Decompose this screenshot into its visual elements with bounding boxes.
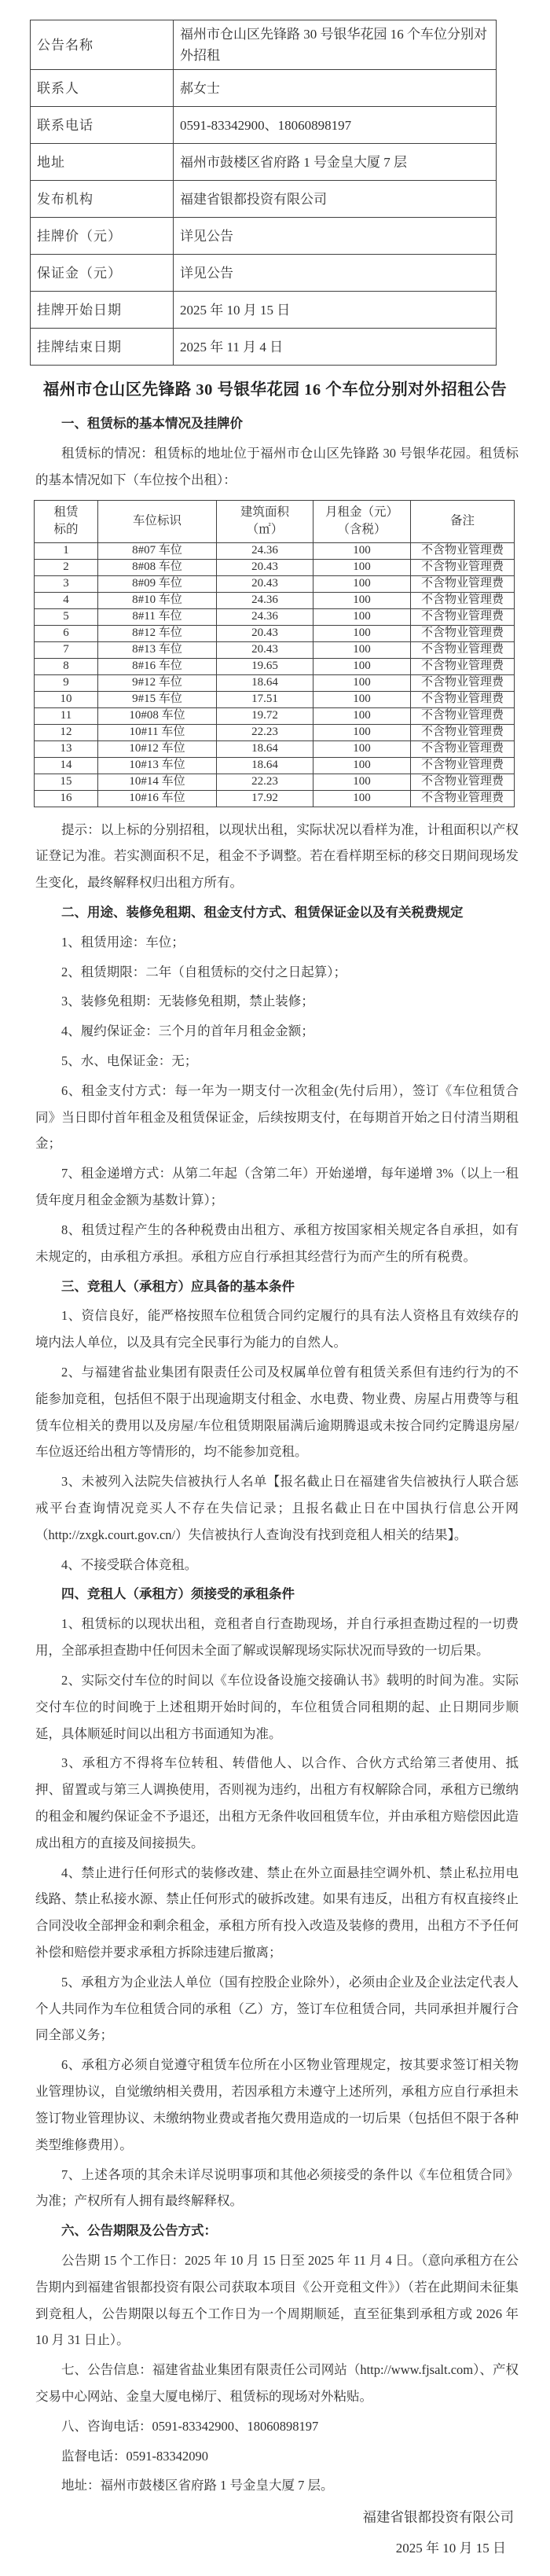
cell-rent: 100 xyxy=(313,575,411,592)
parking-table-row: 8 8#16 车位 19.65 100 不含物业管理费 xyxy=(35,658,515,674)
parking-table-row: 15 10#14 车位 22.23 100 不含物业管理费 xyxy=(35,774,515,790)
cell-space-id: 10#08 车位 xyxy=(98,707,217,724)
cell-lot-number: 3 xyxy=(35,575,98,592)
parking-table-row: 1 8#07 车位 24.36 100 不含物业管理费 xyxy=(35,542,515,559)
doc-paragraph: 监督电话：0591-83342090 xyxy=(35,2443,519,2470)
cell-area: 24.36 xyxy=(217,608,313,625)
doc-paragraph: 4、禁止进行任何形式的装修改建、禁止在外立面悬挂空调外机、禁止私拉用电线路、禁止… xyxy=(35,1860,519,1966)
doc-paragraph: 7、上述各项的其余未详尽说明事项和其他必须接受的条件以《车位租赁合同》为准；产权… xyxy=(35,2162,519,2215)
doc-paragraph: 1、租赁用途：车位； xyxy=(35,929,519,956)
info-row-value: 2025 年 11 月 4 日 xyxy=(174,329,497,366)
cell-area: 20.43 xyxy=(217,625,313,641)
cell-lot-number: 7 xyxy=(35,641,98,658)
doc-paragraph: 4、不接受联合体竞租。 xyxy=(35,1552,519,1578)
cell-rent: 100 xyxy=(313,608,411,625)
cell-note: 不含物业管理费 xyxy=(411,658,515,674)
signature-company: 福建省银都投资有限公司 xyxy=(363,2501,515,2533)
cell-area: 22.23 xyxy=(217,724,313,740)
info-row-label: 挂牌开始日期 xyxy=(31,292,174,329)
parking-table-row: 5 8#11 车位 24.36 100 不含物业管理费 xyxy=(35,608,515,625)
cell-rent: 100 xyxy=(313,774,411,790)
doc-paragraph: 1、资信良好，能严格按照车位租赁合同约定履行的具有法人资格且有效续存的境内法人单… xyxy=(35,1303,519,1356)
parking-table-row: 3 8#09 车位 20.43 100 不含物业管理费 xyxy=(35,575,515,592)
cell-lot-number: 8 xyxy=(35,658,98,674)
cell-rent: 100 xyxy=(313,658,411,674)
cell-note: 不含物业管理费 xyxy=(411,691,515,707)
info-table-row: 联系电话 0591-83342900、18060898197 xyxy=(31,107,497,144)
info-row-value: 郝女士 xyxy=(174,70,497,107)
cell-space-id: 10#14 车位 xyxy=(98,774,217,790)
cell-space-id: 8#13 车位 xyxy=(98,641,217,658)
announcement-info-table: 公告名称 福州市仓山区先锋路 30 号银华花园 16 个车位分别对外招租 联系人… xyxy=(30,20,497,366)
cell-space-id: 8#10 车位 xyxy=(98,592,217,608)
info-table-row: 挂牌价（元） 详见公告 xyxy=(31,218,497,255)
cell-note: 不含物业管理费 xyxy=(411,575,515,592)
cell-area: 20.43 xyxy=(217,575,313,592)
cell-area: 18.64 xyxy=(217,740,313,757)
cell-rent: 100 xyxy=(313,592,411,608)
signature-date: 2025 年 10 月 15 日 xyxy=(363,2533,507,2563)
cell-rent: 100 xyxy=(313,674,411,691)
cell-space-id: 9#12 车位 xyxy=(98,674,217,691)
cell-note: 不含物业管理费 xyxy=(411,740,515,757)
doc-paragraph: 7、租金递增方式：从第二年起（含第二年）开始递增，每年递增 3%（以上一租赁年度… xyxy=(35,1160,519,1214)
info-row-label: 联系电话 xyxy=(31,107,174,144)
parking-table-header-row: 租赁 标的 车位标识 建筑面积 （㎡） 月租金（元） （含税） 备注 xyxy=(35,500,515,542)
cell-space-id: 8#11 车位 xyxy=(98,608,217,625)
cell-lot-number: 12 xyxy=(35,724,98,740)
cell-space-id: 8#07 车位 xyxy=(98,542,217,559)
cell-rent: 100 xyxy=(313,790,411,807)
cell-note: 不含物业管理费 xyxy=(411,757,515,774)
doc-paragraph: 5、水、电保证金：无； xyxy=(35,1048,519,1075)
cell-area: 17.51 xyxy=(217,691,313,707)
cell-space-id: 10#16 车位 xyxy=(98,790,217,807)
cell-note: 不含物业管理费 xyxy=(411,790,515,807)
parking-table-row: 9 9#12 车位 18.64 100 不含物业管理费 xyxy=(35,674,515,691)
cell-rent: 100 xyxy=(313,641,411,658)
cell-area: 18.64 xyxy=(217,674,313,691)
doc-paragraph: 三、竞租人（承租方）应具备的基本条件 xyxy=(35,1273,519,1300)
doc-paragraph: 6、承租方必须自觉遵守租赁车位所在小区物业管理规定，按其要求签订相关物业管理协议… xyxy=(35,2052,519,2158)
cell-area: 17.92 xyxy=(217,790,313,807)
info-row-value: 0591-83342900、18060898197 xyxy=(174,107,497,144)
header-area: 建筑面积 （㎡） xyxy=(217,500,313,542)
info-table-row: 公告名称 福州市仓山区先锋路 30 号银华花园 16 个车位分别对外招租 xyxy=(31,20,497,70)
info-row-value: 福建省银都投资有限公司 xyxy=(174,181,497,218)
parking-table-row: 11 10#08 车位 19.72 100 不含物业管理费 xyxy=(35,707,515,724)
cell-lot-number: 1 xyxy=(35,542,98,559)
cell-lot-number: 14 xyxy=(35,757,98,774)
info-row-value: 2025 年 10 月 15 日 xyxy=(174,292,497,329)
info-row-label: 发布机构 xyxy=(31,181,174,218)
cell-lot-number: 2 xyxy=(35,559,98,575)
info-row-label: 公告名称 xyxy=(31,20,174,70)
cell-note: 不含物业管理费 xyxy=(411,559,515,575)
doc-paragraph: 2、与福建省盐业集团有限责任公司及权属单位曾有租赁关系但有违约行为的不能参加竞租… xyxy=(35,1359,519,1465)
info-row-value: 详见公告 xyxy=(174,255,497,292)
info-table-row: 挂牌开始日期 2025 年 10 月 15 日 xyxy=(31,292,497,329)
cell-note: 不含物业管理费 xyxy=(411,707,515,724)
cell-space-id: 8#08 车位 xyxy=(98,559,217,575)
cell-space-id: 8#09 车位 xyxy=(98,575,217,592)
doc-paragraph: 8、租赁过程产生的各种税费由出租方、承租方按国家相关规定各自承担，如有未规定的，… xyxy=(35,1217,519,1270)
header-space-id: 车位标识 xyxy=(98,500,217,542)
cell-space-id: 10#11 车位 xyxy=(98,724,217,740)
parking-table-row: 6 8#12 车位 20.43 100 不含物业管理费 xyxy=(35,625,515,641)
cell-rent: 100 xyxy=(313,691,411,707)
header-rent: 月租金（元） （含税） xyxy=(313,500,411,542)
cell-area: 19.65 xyxy=(217,658,313,674)
info-table-row: 地址 福州市鼓楼区省府路 1 号金皇大厦 7 层 xyxy=(31,144,497,181)
info-row-value: 福州市仓山区先锋路 30 号银华花园 16 个车位分别对外招租 xyxy=(174,20,497,70)
info-row-label: 保证金（元） xyxy=(31,255,174,292)
info-table-row: 挂牌结束日期 2025 年 11 月 4 日 xyxy=(31,329,497,366)
cell-note: 不含物业管理费 xyxy=(411,542,515,559)
cell-area: 19.72 xyxy=(217,707,313,724)
parking-spaces-table: 租赁 标的 车位标识 建筑面积 （㎡） 月租金（元） （含税） 备注 1 8#0… xyxy=(34,500,515,807)
cell-lot-number: 13 xyxy=(35,740,98,757)
cell-rent: 100 xyxy=(313,707,411,724)
cell-note: 不含物业管理费 xyxy=(411,674,515,691)
cell-rent: 100 xyxy=(313,724,411,740)
parking-table-head: 租赁 标的 车位标识 建筑面积 （㎡） 月租金（元） （含税） 备注 xyxy=(35,500,515,542)
parking-table-row: 4 8#10 车位 24.36 100 不含物业管理费 xyxy=(35,592,515,608)
doc-paragraph: 6、租金支付方式：每一年为一期支付一次租金(先付后用），签订《车位租赁合同》当日… xyxy=(35,1078,519,1157)
cell-rent: 100 xyxy=(313,625,411,641)
doc-paragraph: 2、实际交付车位的时间以《车位设备设施交接确认书》载明的时间为准。实际交付车位的… xyxy=(35,1667,519,1747)
signature-block: 福建省银都投资有限公司 2025 年 10 月 15 日 xyxy=(363,2501,515,2563)
cell-lot-number: 15 xyxy=(35,774,98,790)
doc-paragraph: 六、公告期限及公告方式： xyxy=(35,2218,519,2244)
parking-table-row: 7 8#13 车位 20.43 100 不含物业管理费 xyxy=(35,641,515,658)
doc-paragraph: 七、公告信息：福建省盐业集团有限责任公司网站（http://www.fjsalt… xyxy=(35,2357,519,2410)
parking-table-body: 1 8#07 车位 24.36 100 不含物业管理费 2 8#08 车位 20… xyxy=(35,542,515,807)
parking-table-row: 2 8#08 车位 20.43 100 不含物业管理费 xyxy=(35,559,515,575)
header-lot-number: 租赁 标的 xyxy=(35,500,98,542)
doc-paragraph: 3、承租方不得将车位转租、转借他人、以合作、合伙方式给第三者使用、抵押、留置或与… xyxy=(35,1750,519,1856)
cell-space-id: 8#12 车位 xyxy=(98,625,217,641)
parking-table-row: 12 10#11 车位 22.23 100 不含物业管理费 xyxy=(35,724,515,740)
cell-lot-number: 6 xyxy=(35,625,98,641)
cell-note: 不含物业管理费 xyxy=(411,641,515,658)
cell-note: 不含物业管理费 xyxy=(411,625,515,641)
cell-rent: 100 xyxy=(313,542,411,559)
cell-note: 不含物业管理费 xyxy=(411,608,515,625)
info-row-label: 联系人 xyxy=(31,70,174,107)
doc-paragraph: 3、装修免租期：无装修免租期，禁止装修； xyxy=(35,988,519,1015)
info-row-label: 挂牌价（元） xyxy=(31,218,174,255)
doc-paragraph: 4、履约保证金：三个月的首年月租金金额； xyxy=(35,1018,519,1045)
cell-lot-number: 10 xyxy=(35,691,98,707)
doc-paragraph: 1、租赁标的以现状出租，竞租者自行查勘现场，并自行承担查勘过程的一切费用，全部承… xyxy=(35,1611,519,1664)
cell-space-id: 10#13 车位 xyxy=(98,757,217,774)
parking-table-row: 14 10#13 车位 18.64 100 不含物业管理费 xyxy=(35,757,515,774)
cell-space-id: 10#12 车位 xyxy=(98,740,217,757)
doc-paragraph: 公告期 15 个工作日：2025 年 10 月 15 日至 2025 年 11 … xyxy=(35,2247,519,2354)
cell-area: 24.36 xyxy=(217,542,313,559)
cell-rent: 100 xyxy=(313,559,411,575)
cell-area: 24.36 xyxy=(217,592,313,608)
cell-space-id: 8#16 车位 xyxy=(98,658,217,674)
doc-paragraph: 地址：福州市鼓楼区省府路 1 号金皇大厦 7 层。 xyxy=(35,2472,519,2499)
cell-space-id: 9#15 车位 xyxy=(98,691,217,707)
cell-lot-number: 16 xyxy=(35,790,98,807)
document-paragraphs: 提示：以上标的分别招租，以现状出租，实际状况以看样为准，计租面积以产权证登记为准… xyxy=(35,817,519,2500)
parking-table-row: 16 10#16 车位 17.92 100 不含物业管理费 xyxy=(35,790,515,807)
info-table-body: 公告名称 福州市仓山区先锋路 30 号银华花园 16 个车位分别对外招租 联系人… xyxy=(31,20,497,366)
cell-rent: 100 xyxy=(313,757,411,774)
cell-lot-number: 9 xyxy=(35,674,98,691)
header-note: 备注 xyxy=(411,500,515,542)
cell-lot-number: 5 xyxy=(35,608,98,625)
doc-paragraph: 二、用途、装修免租期、租金支付方式、租赁保证金以及有关税费规定 xyxy=(35,899,519,926)
doc-paragraph: 5、承租方为企业法人单位（国有控股企业除外），必须由企业及企业法定代表人个人共同… xyxy=(35,1969,519,2049)
info-table-row: 联系人 郝女士 xyxy=(31,70,497,107)
cell-area: 18.64 xyxy=(217,757,313,774)
info-row-value: 详见公告 xyxy=(174,218,497,255)
doc-paragraph: 提示：以上标的分别招租，以现状出租，实际状况以看样为准，计租面积以产权证登记为准… xyxy=(35,817,519,896)
cell-lot-number: 4 xyxy=(35,592,98,608)
announcement-title: 福州市仓山区先锋路 30 号银华花园 16 个车位分别对外招租公告 xyxy=(22,378,528,402)
cell-note: 不含物业管理费 xyxy=(411,774,515,790)
parking-table-row: 13 10#12 车位 18.64 100 不含物业管理费 xyxy=(35,740,515,757)
doc-paragraph: 四、竞租人（承租方）须接受的承租条件 xyxy=(35,1581,519,1608)
doc-paragraph: 3、未被列入法院失信被执行人名单【报名截止日在福建省失信被执行人联合惩戒平台查询… xyxy=(35,1468,519,1548)
cell-area: 20.43 xyxy=(217,559,313,575)
document-body: 一、租赁标的基本情况及挂牌价 租赁标的情况：租赁标的地址位于福州市仓山区先锋路 … xyxy=(0,402,550,2499)
doc-paragraph: 八、咨询电话：0591-83342900、18060898197 xyxy=(35,2413,519,2440)
intro-paragraph: 租赁标的情况：租赁标的地址位于福州市仓山区先锋路 30 号银华花园。租赁标的基本… xyxy=(35,440,519,494)
cell-lot-number: 11 xyxy=(35,707,98,724)
info-row-label: 地址 xyxy=(31,144,174,181)
info-table-row: 发布机构 福建省银都投资有限公司 xyxy=(31,181,497,218)
cell-note: 不含物业管理费 xyxy=(411,724,515,740)
info-row-value: 福州市鼓楼区省府路 1 号金皇大厦 7 层 xyxy=(174,144,497,181)
info-table-row: 保证金（元） 详见公告 xyxy=(31,255,497,292)
doc-paragraph: 2、租赁期限：二年（自租赁标的交付之日起算）； xyxy=(35,959,519,986)
parking-table-row: 10 9#15 车位 17.51 100 不含物业管理费 xyxy=(35,691,515,707)
cell-note: 不含物业管理费 xyxy=(411,592,515,608)
cell-rent: 100 xyxy=(313,740,411,757)
cell-area: 20.43 xyxy=(217,641,313,658)
announcement-page: 公告名称 福州市仓山区先锋路 30 号银华花园 16 个车位分别对外招租 联系人… xyxy=(0,0,550,2576)
cell-area: 22.23 xyxy=(217,774,313,790)
section-1-heading: 一、租赁标的基本情况及挂牌价 xyxy=(35,410,519,437)
info-row-label: 挂牌结束日期 xyxy=(31,329,174,366)
